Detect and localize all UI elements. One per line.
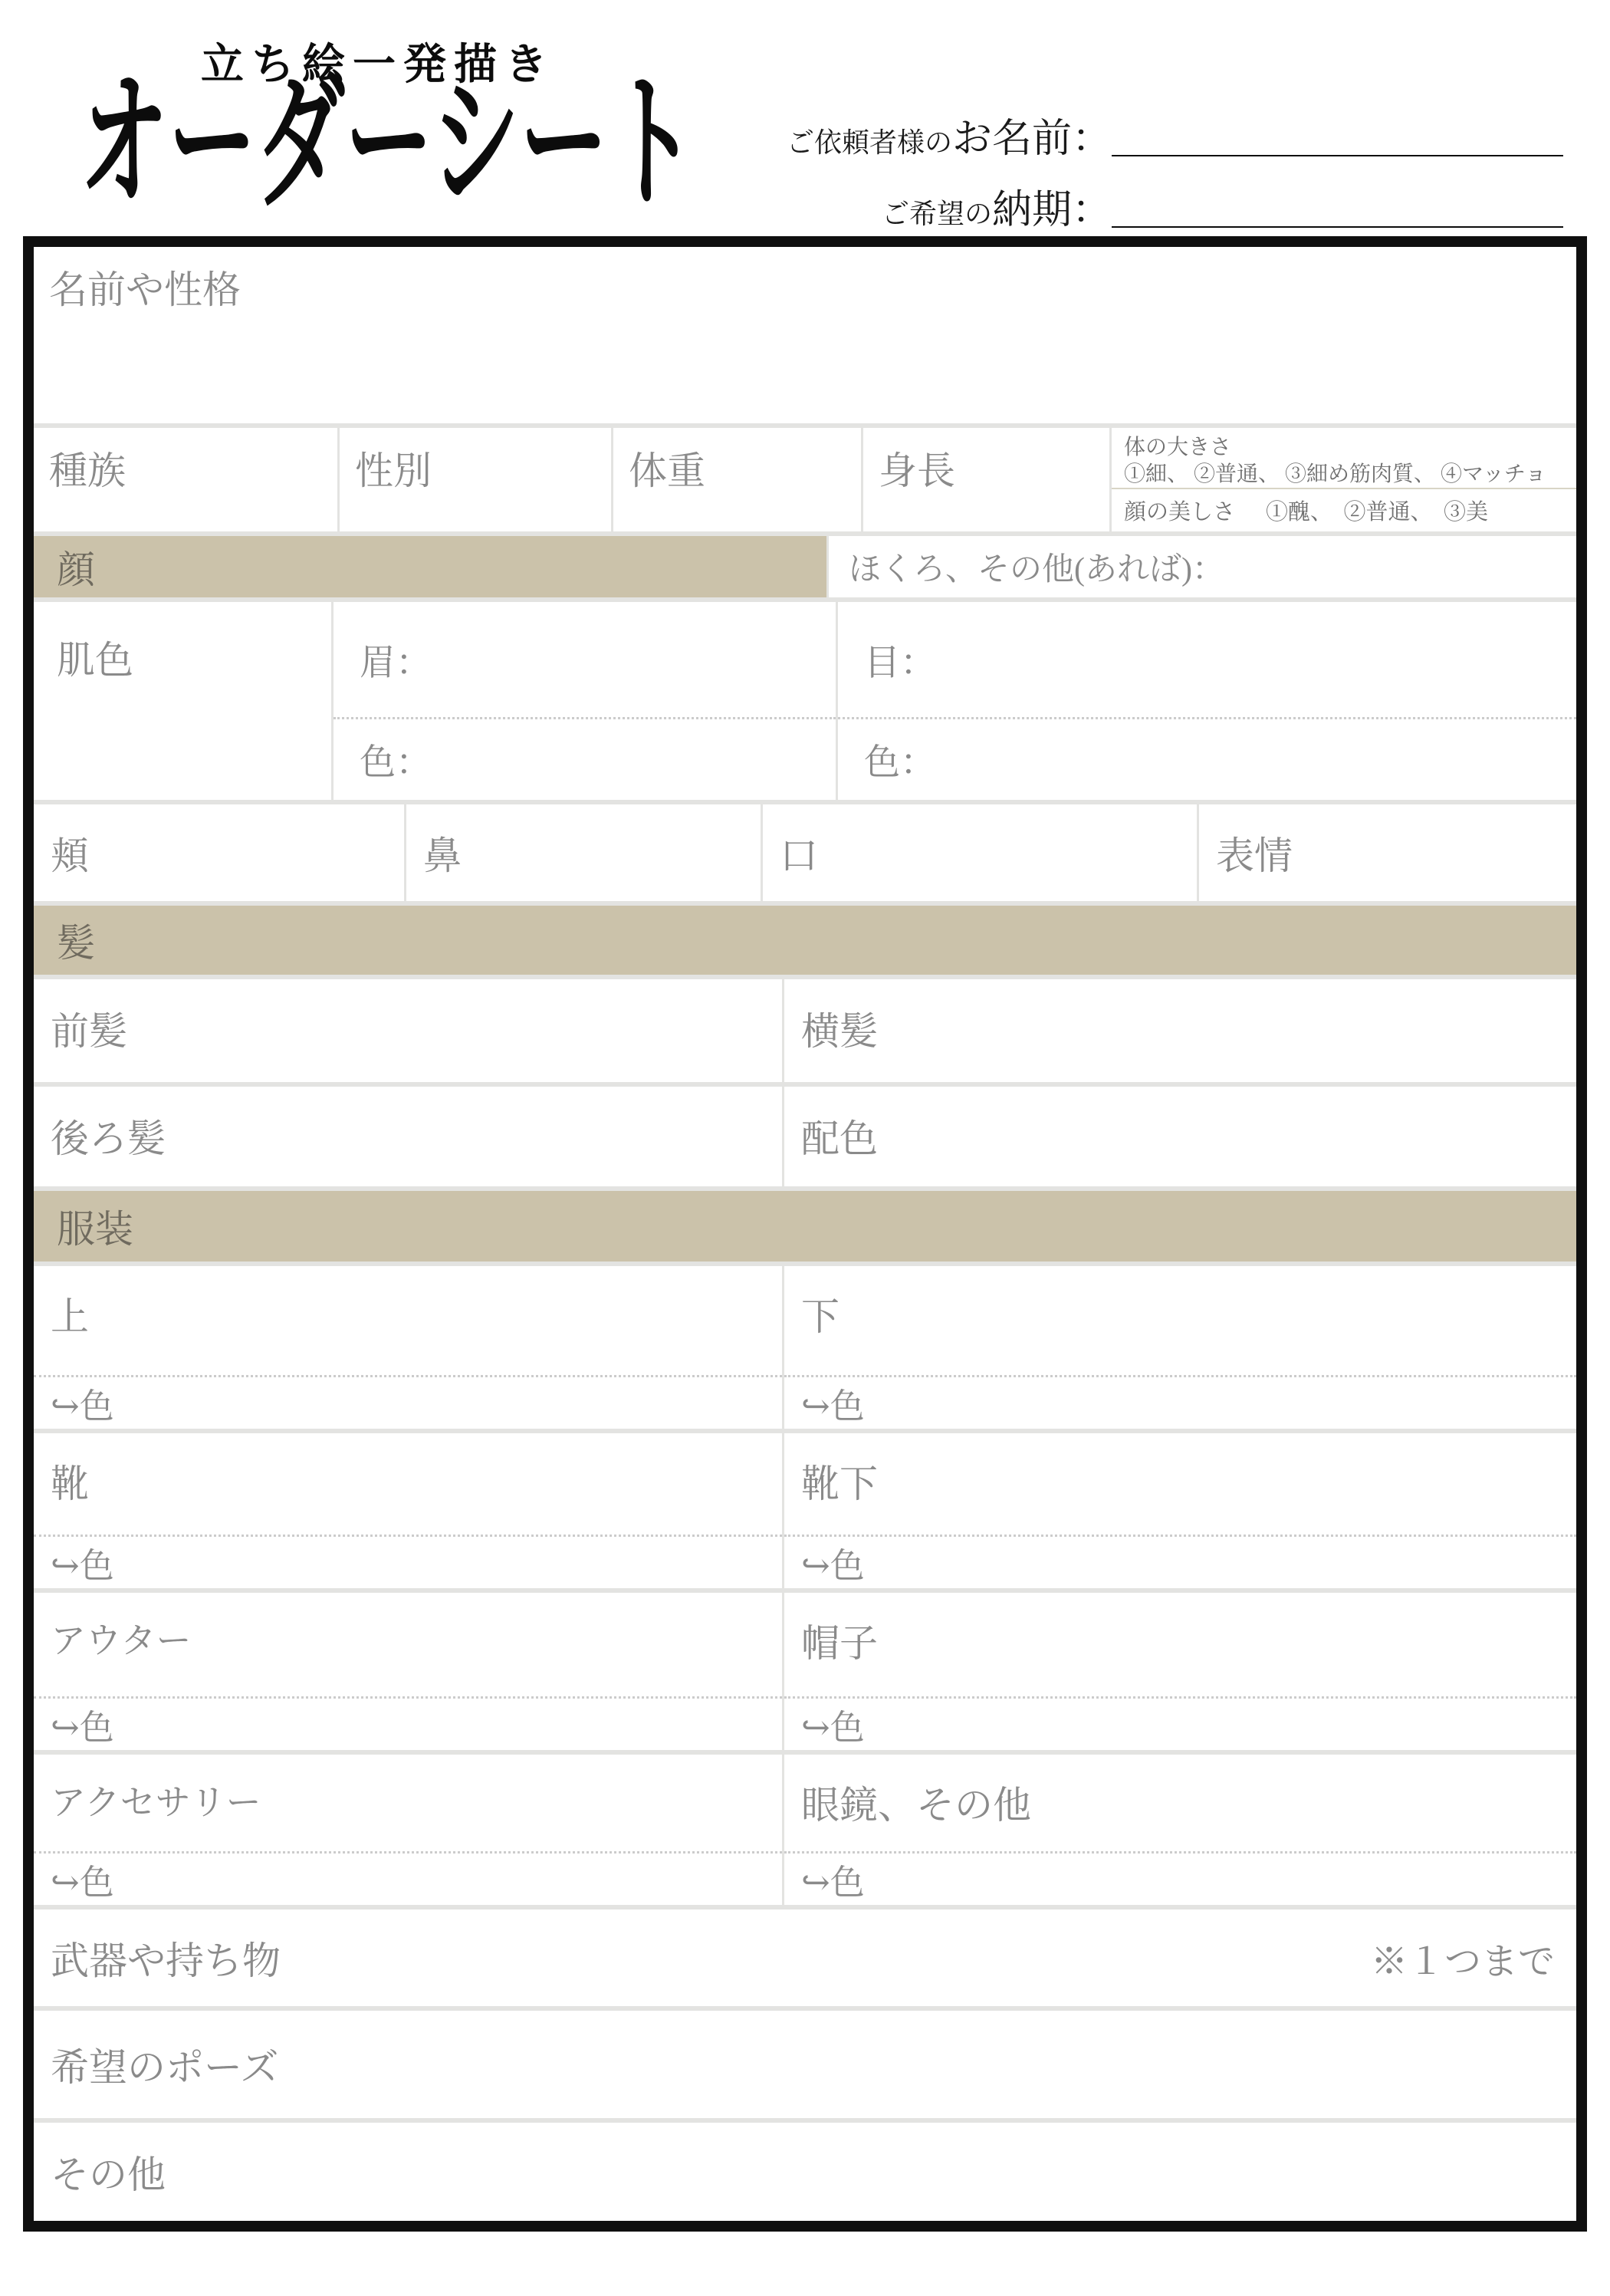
accessory-label: アクセサリー [51,1775,782,1825]
body-size-title: 体の大きさ [1124,434,1576,461]
hat-label: 帽子 [801,1613,1576,1668]
deadline-prefix: ご希望の [882,192,992,232]
face-header-label: 顔 [57,539,95,594]
pose-label: 希望のポーズ [51,2037,279,2092]
client-name-prefix: ご依頼者様の [787,121,952,160]
hair-header-label: 髪 [57,913,95,968]
hair-back-label: 後ろ髪 [34,1087,782,1163]
field-socks[interactable]: 靴下 [784,1433,1576,1535]
mole-other-label: ほくろ、その他(あれば)： [849,544,1224,590]
weapon-label: 武器や持ち物 [51,1930,281,1985]
field-name-personality[interactable]: 名前や性格 [34,247,1576,423]
field-hat-color[interactable]: ↪色 [784,1696,1576,1750]
hat-color-label: ↪色 [801,1699,865,1749]
outfit-outer-cell: アウター ↪色 [34,1593,782,1750]
deadline-label: 納期： [992,177,1112,235]
accessory-color-label: ↪色 [51,1854,114,1904]
gender-label: 性別 [340,428,611,495]
mouth-label: 口 [780,825,818,880]
glasses-color-label: ↪色 [801,1854,865,1904]
field-mole-other[interactable]: ほくろ、その他(あれば)： [829,536,1576,597]
field-mouth[interactable]: 口 [763,804,1197,901]
socks-label: 靴下 [801,1453,1576,1508]
eye-label: 目： [864,634,936,686]
deadline-blank[interactable]: ＿＿＿＿＿＿＿＿＿＿＿＿ [1112,179,1562,235]
client-name-blank[interactable]: ＿＿＿＿＿＿＿＿＿＿＿＿ [1112,108,1562,163]
section-header-hair: 髪 [34,906,1576,975]
body-size-options: ①細、 ②普通、 ③細め筋肉質、 ④マッチョ [1124,461,1576,488]
outfit-glasses-cell: 眼鏡、その他 ↪色 [784,1755,1576,1905]
deadline-row: ご希望の納期：＿＿＿＿＿＿＿＿＿＿＿＿ [787,177,1562,235]
field-gender[interactable]: 性別 [340,428,611,531]
field-skin-color[interactable]: 肌色 [34,602,331,800]
shoes-color-label: ↪色 [51,1538,114,1587]
shoes-label: 靴 [51,1453,782,1508]
field-eye-color[interactable]: 色： [838,717,1576,800]
field-top-color[interactable]: ↪色 [34,1375,782,1429]
field-pose[interactable]: 希望のポーズ [34,2011,1576,2118]
field-hair-front[interactable]: 前髪 [34,979,782,1082]
field-glasses[interactable]: 眼鏡、その他 [784,1755,1576,1851]
top-label: 上 [51,1286,782,1341]
socks-color-label: ↪色 [801,1538,865,1587]
form-title: オーダーシート [80,71,696,218]
cheek-label: 頬 [51,825,89,880]
name-personality-label: 名前や性格 [34,247,1576,314]
field-shoes-color[interactable]: ↪色 [34,1535,782,1588]
field-expression[interactable]: 表情 [1199,804,1576,901]
skin-color-label: 肌色 [34,602,331,685]
field-outer-color[interactable]: ↪色 [34,1696,782,1750]
field-socks-color[interactable]: ↪色 [784,1535,1576,1588]
field-nose[interactable]: 鼻 [406,804,761,901]
face-beauty-note: 顔の美しさ ①醜、 ②普通、 ③美 [1112,489,1576,531]
field-bottom-color[interactable]: ↪色 [784,1375,1576,1429]
outfit-top-cell: 上 ↪色 [34,1266,782,1429]
species-label: 種族 [34,428,337,495]
eye-column: 目： 色： [838,602,1576,800]
top-color-label: ↪色 [51,1378,114,1428]
field-species[interactable]: 種族 [34,428,337,531]
field-eye[interactable]: 目： [838,602,1576,717]
field-hair-back[interactable]: 後ろ髪 [34,1087,782,1186]
field-hair-colors[interactable]: 配色 [784,1087,1576,1186]
field-other[interactable]: その他 [34,2123,1576,2221]
field-accessory-color[interactable]: ↪色 [34,1851,782,1905]
section-header-outfit: 服装 [34,1191,1576,1261]
field-hair-side[interactable]: 横髪 [784,979,1576,1082]
height-label: 身長 [863,428,1109,495]
brow-column: 眉： 色： [333,602,836,800]
outfit-accessory-cell: アクセサリー ↪色 [34,1755,782,1905]
weapon-note: ※１つまで [1371,1932,1555,1985]
nose-label: 鼻 [423,825,462,880]
hair-side-label: 横髪 [784,979,1576,1056]
bottom-label: 下 [801,1286,1576,1341]
client-name-row: ご依頼者様のお名前：＿＿＿＿＿＿＿＿＿＿＿＿ [787,106,1562,163]
field-outer[interactable]: アウター [34,1593,782,1696]
eye-color-label: 色： [864,734,936,785]
client-info-block: ご依頼者様のお名前：＿＿＿＿＿＿＿＿＿＿＿＿ ご希望の納期：＿＿＿＿＿＿＿＿＿＿… [787,106,1562,248]
outfit-bottom-cell: 下 ↪色 [784,1266,1576,1429]
field-top[interactable]: 上 [34,1266,782,1375]
field-weapon[interactable]: 武器や持ち物 ※１つまで [34,1909,1576,2006]
brow-label: 眉： [360,634,432,686]
body-size-note: 体の大きさ ①細、 ②普通、 ③細め筋肉質、 ④マッチョ [1112,428,1576,489]
field-brow[interactable]: 眉： [333,602,836,717]
outfit-header-label: 服装 [57,1199,133,1254]
field-shoes[interactable]: 靴 [34,1433,782,1535]
order-sheet: 名前や性格 種族 性別 体重 身長 体の大きさ ①細、 ②普通、 ③細め筋肉質、… [23,236,1587,2232]
expression-label: 表情 [1216,825,1293,880]
field-weight[interactable]: 体重 [613,428,861,531]
outer-label: アウター [51,1613,782,1663]
field-hat[interactable]: 帽子 [784,1593,1576,1696]
client-name-label: お名前： [952,106,1112,163]
section-header-face: 顔 [34,536,826,597]
other-label: その他 [51,2144,166,2199]
body-info-cell[interactable]: 体の大きさ ①細、 ②普通、 ③細め筋肉質、 ④マッチョ 顔の美しさ ①醜、 ②… [1112,428,1576,531]
brow-color-label: 色： [360,734,432,785]
glasses-label: 眼鏡、その他 [801,1775,1576,1830]
field-glasses-color[interactable]: ↪色 [784,1851,1576,1905]
outer-color-label: ↪色 [51,1699,114,1749]
field-height[interactable]: 身長 [863,428,1109,531]
field-accessory[interactable]: アクセサリー [34,1755,782,1851]
field-cheek[interactable]: 頬 [34,804,404,901]
outfit-shoes-cell: 靴 ↪色 [34,1433,782,1588]
bottom-color-label: ↪色 [801,1378,865,1428]
outfit-hat-cell: 帽子 ↪色 [784,1593,1576,1750]
hair-colors-label: 配色 [784,1087,1576,1163]
field-bottom[interactable]: 下 [784,1266,1576,1375]
outfit-socks-cell: 靴下 ↪色 [784,1433,1576,1588]
face-beauty-title: 顔の美しさ [1124,495,1235,526]
weight-label: 体重 [613,428,861,495]
face-beauty-options: ①醜、 ②普通、 ③美 [1266,495,1488,526]
field-brow-color[interactable]: 色： [333,717,836,800]
hair-front-label: 前髪 [34,979,782,1056]
